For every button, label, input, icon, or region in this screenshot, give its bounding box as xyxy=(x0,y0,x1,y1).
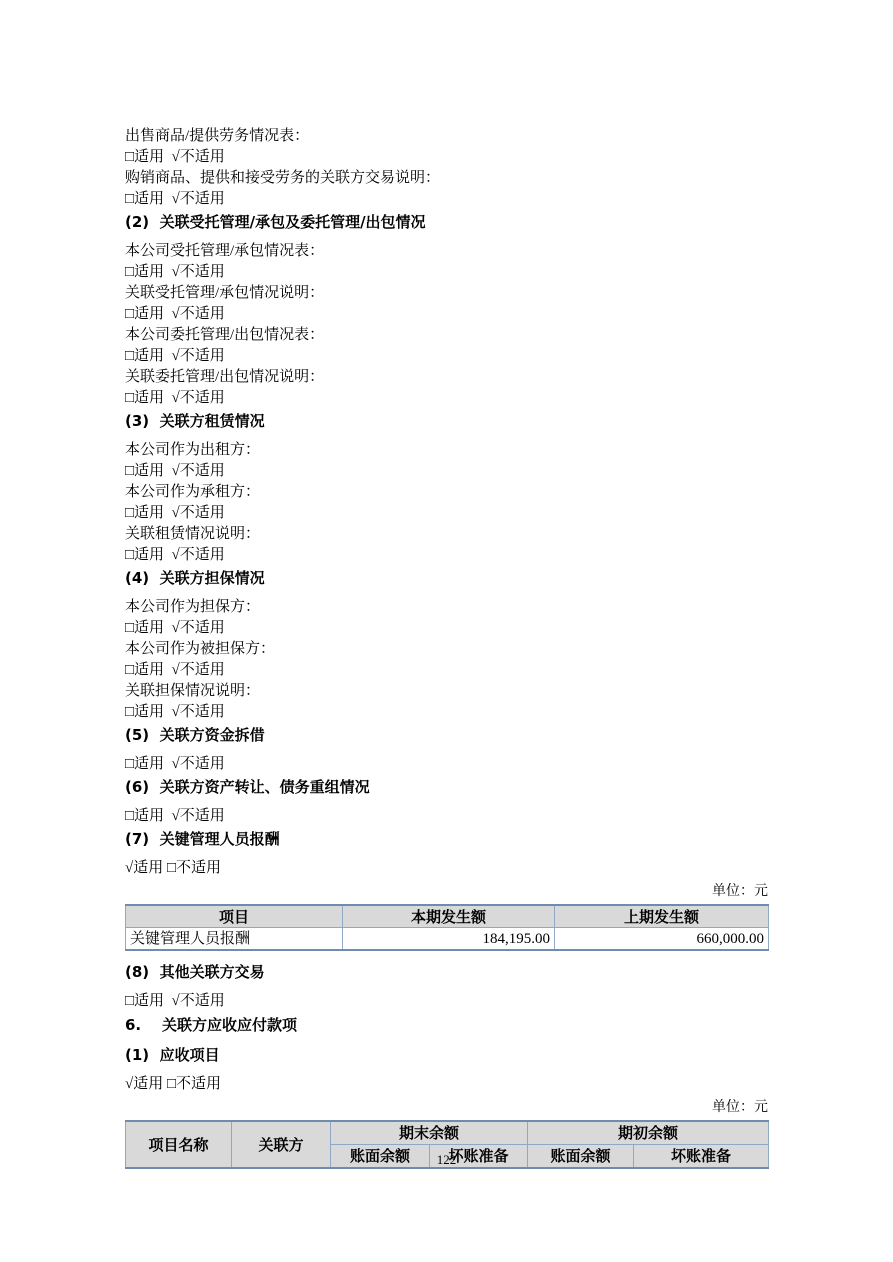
subsection-heading: (8) 其他关联方交易 xyxy=(125,962,768,983)
applicability-line: □适用 √不适用 xyxy=(125,461,768,482)
text-flow-top: 出售商品/提供劳务情况表：□适用 √不适用购销商品、提供和接受劳务的关联方交易说… xyxy=(125,126,768,879)
applicability-line: □适用 √不适用 xyxy=(125,262,768,283)
document-line: 出售商品/提供劳务情况表： xyxy=(125,126,768,147)
subsection-heading: (6) 关联方资产转让、债务重组情况 xyxy=(125,777,768,798)
page-number: 122 xyxy=(0,1151,893,1169)
table-header-row: 项目 本期发生额 上期发生额 xyxy=(126,905,769,928)
subsection-heading: (7) 关键管理人员报酬 xyxy=(125,829,768,850)
document-content: 出售商品/提供劳务情况表：□适用 √不适用购销商品、提供和接受劳务的关联方交易说… xyxy=(125,126,768,1169)
subsection-heading: (1) 应收项目 xyxy=(125,1045,768,1066)
applicability-line: √适用 □不适用 xyxy=(125,1074,768,1095)
document-line: 本公司作为被担保方： xyxy=(125,639,768,660)
document-line: 关联受托管理/承包情况说明： xyxy=(125,283,768,304)
applicability-line: □适用 √不适用 xyxy=(125,147,768,168)
cell-prior-amount: 660,000.00 xyxy=(555,928,769,951)
cell-current-amount: 184,195.00 xyxy=(343,928,555,951)
applicability-line: □适用 √不适用 xyxy=(125,806,768,827)
document-line: 本公司受托管理/承包情况表： xyxy=(125,241,768,262)
subsection-heading: (4) 关联方担保情况 xyxy=(125,568,768,589)
document-line: 关联租赁情况说明： xyxy=(125,524,768,545)
applicability-line: □适用 √不适用 xyxy=(125,388,768,409)
applicability-line: □适用 √不适用 xyxy=(125,189,768,210)
key-management-compensation-table: 项目 本期发生额 上期发生额 关键管理人员报酬 184,195.00 660,0… xyxy=(125,904,769,951)
applicability-line: □适用 √不适用 xyxy=(125,702,768,723)
table-row: 关键管理人员报酬 184,195.00 660,000.00 xyxy=(126,928,769,951)
subsection-heading: (3) 关联方租赁情况 xyxy=(125,411,768,432)
applicability-line: □适用 √不适用 xyxy=(125,754,768,775)
applicability-line: □适用 √不适用 xyxy=(125,618,768,639)
applicability-line: □适用 √不适用 xyxy=(125,545,768,566)
header-cell-ending-balance: 期末余额 xyxy=(331,1121,528,1145)
subsection-heading: (2) 关联受托管理/承包及委托管理/出包情况 xyxy=(125,212,768,233)
document-page: 出售商品/提供劳务情况表：□适用 √不适用购销商品、提供和接受劳务的关联方交易说… xyxy=(0,0,893,1262)
text-flow-bottom: (8) 其他关联方交易□适用 √不适用6. 关联方应收应付款项(1) 应收项目√… xyxy=(125,962,768,1095)
applicability-line: □适用 √不适用 xyxy=(125,346,768,367)
document-line: 本公司作为承租方： xyxy=(125,482,768,503)
document-line: 购销商品、提供和接受劳务的关联方交易说明： xyxy=(125,168,768,189)
header-cell-beginning-balance: 期初余额 xyxy=(528,1121,769,1145)
subsection-heading: (5) 关联方资金拆借 xyxy=(125,725,768,746)
header-cell-current-period: 本期发生额 xyxy=(343,905,555,928)
document-line: 关联担保情况说明： xyxy=(125,681,768,702)
unit-label: 单位：元 xyxy=(125,882,768,901)
document-line: 本公司作为担保方： xyxy=(125,597,768,618)
unit-label: 单位：元 xyxy=(125,1098,768,1117)
header-cell-prior-period: 上期发生额 xyxy=(555,905,769,928)
document-line: 关联委托管理/出包情况说明： xyxy=(125,367,768,388)
section-heading: 6. 关联方应收应付款项 xyxy=(125,1015,768,1036)
applicability-line: □适用 √不适用 xyxy=(125,660,768,681)
applicability-line: □适用 √不适用 xyxy=(125,503,768,524)
document-line: 本公司委托管理/出包情况表： xyxy=(125,325,768,346)
applicability-line: √适用 □不适用 xyxy=(125,858,768,879)
applicability-line: □适用 √不适用 xyxy=(125,991,768,1012)
document-line: 本公司作为出租方： xyxy=(125,440,768,461)
cell-item-name: 关键管理人员报酬 xyxy=(126,928,343,951)
header-cell-item: 项目 xyxy=(126,905,343,928)
spacer xyxy=(125,951,768,960)
table-header-row: 项目名称 关联方 期末余额 期初余额 xyxy=(126,1121,769,1145)
applicability-line: □适用 √不适用 xyxy=(125,304,768,325)
